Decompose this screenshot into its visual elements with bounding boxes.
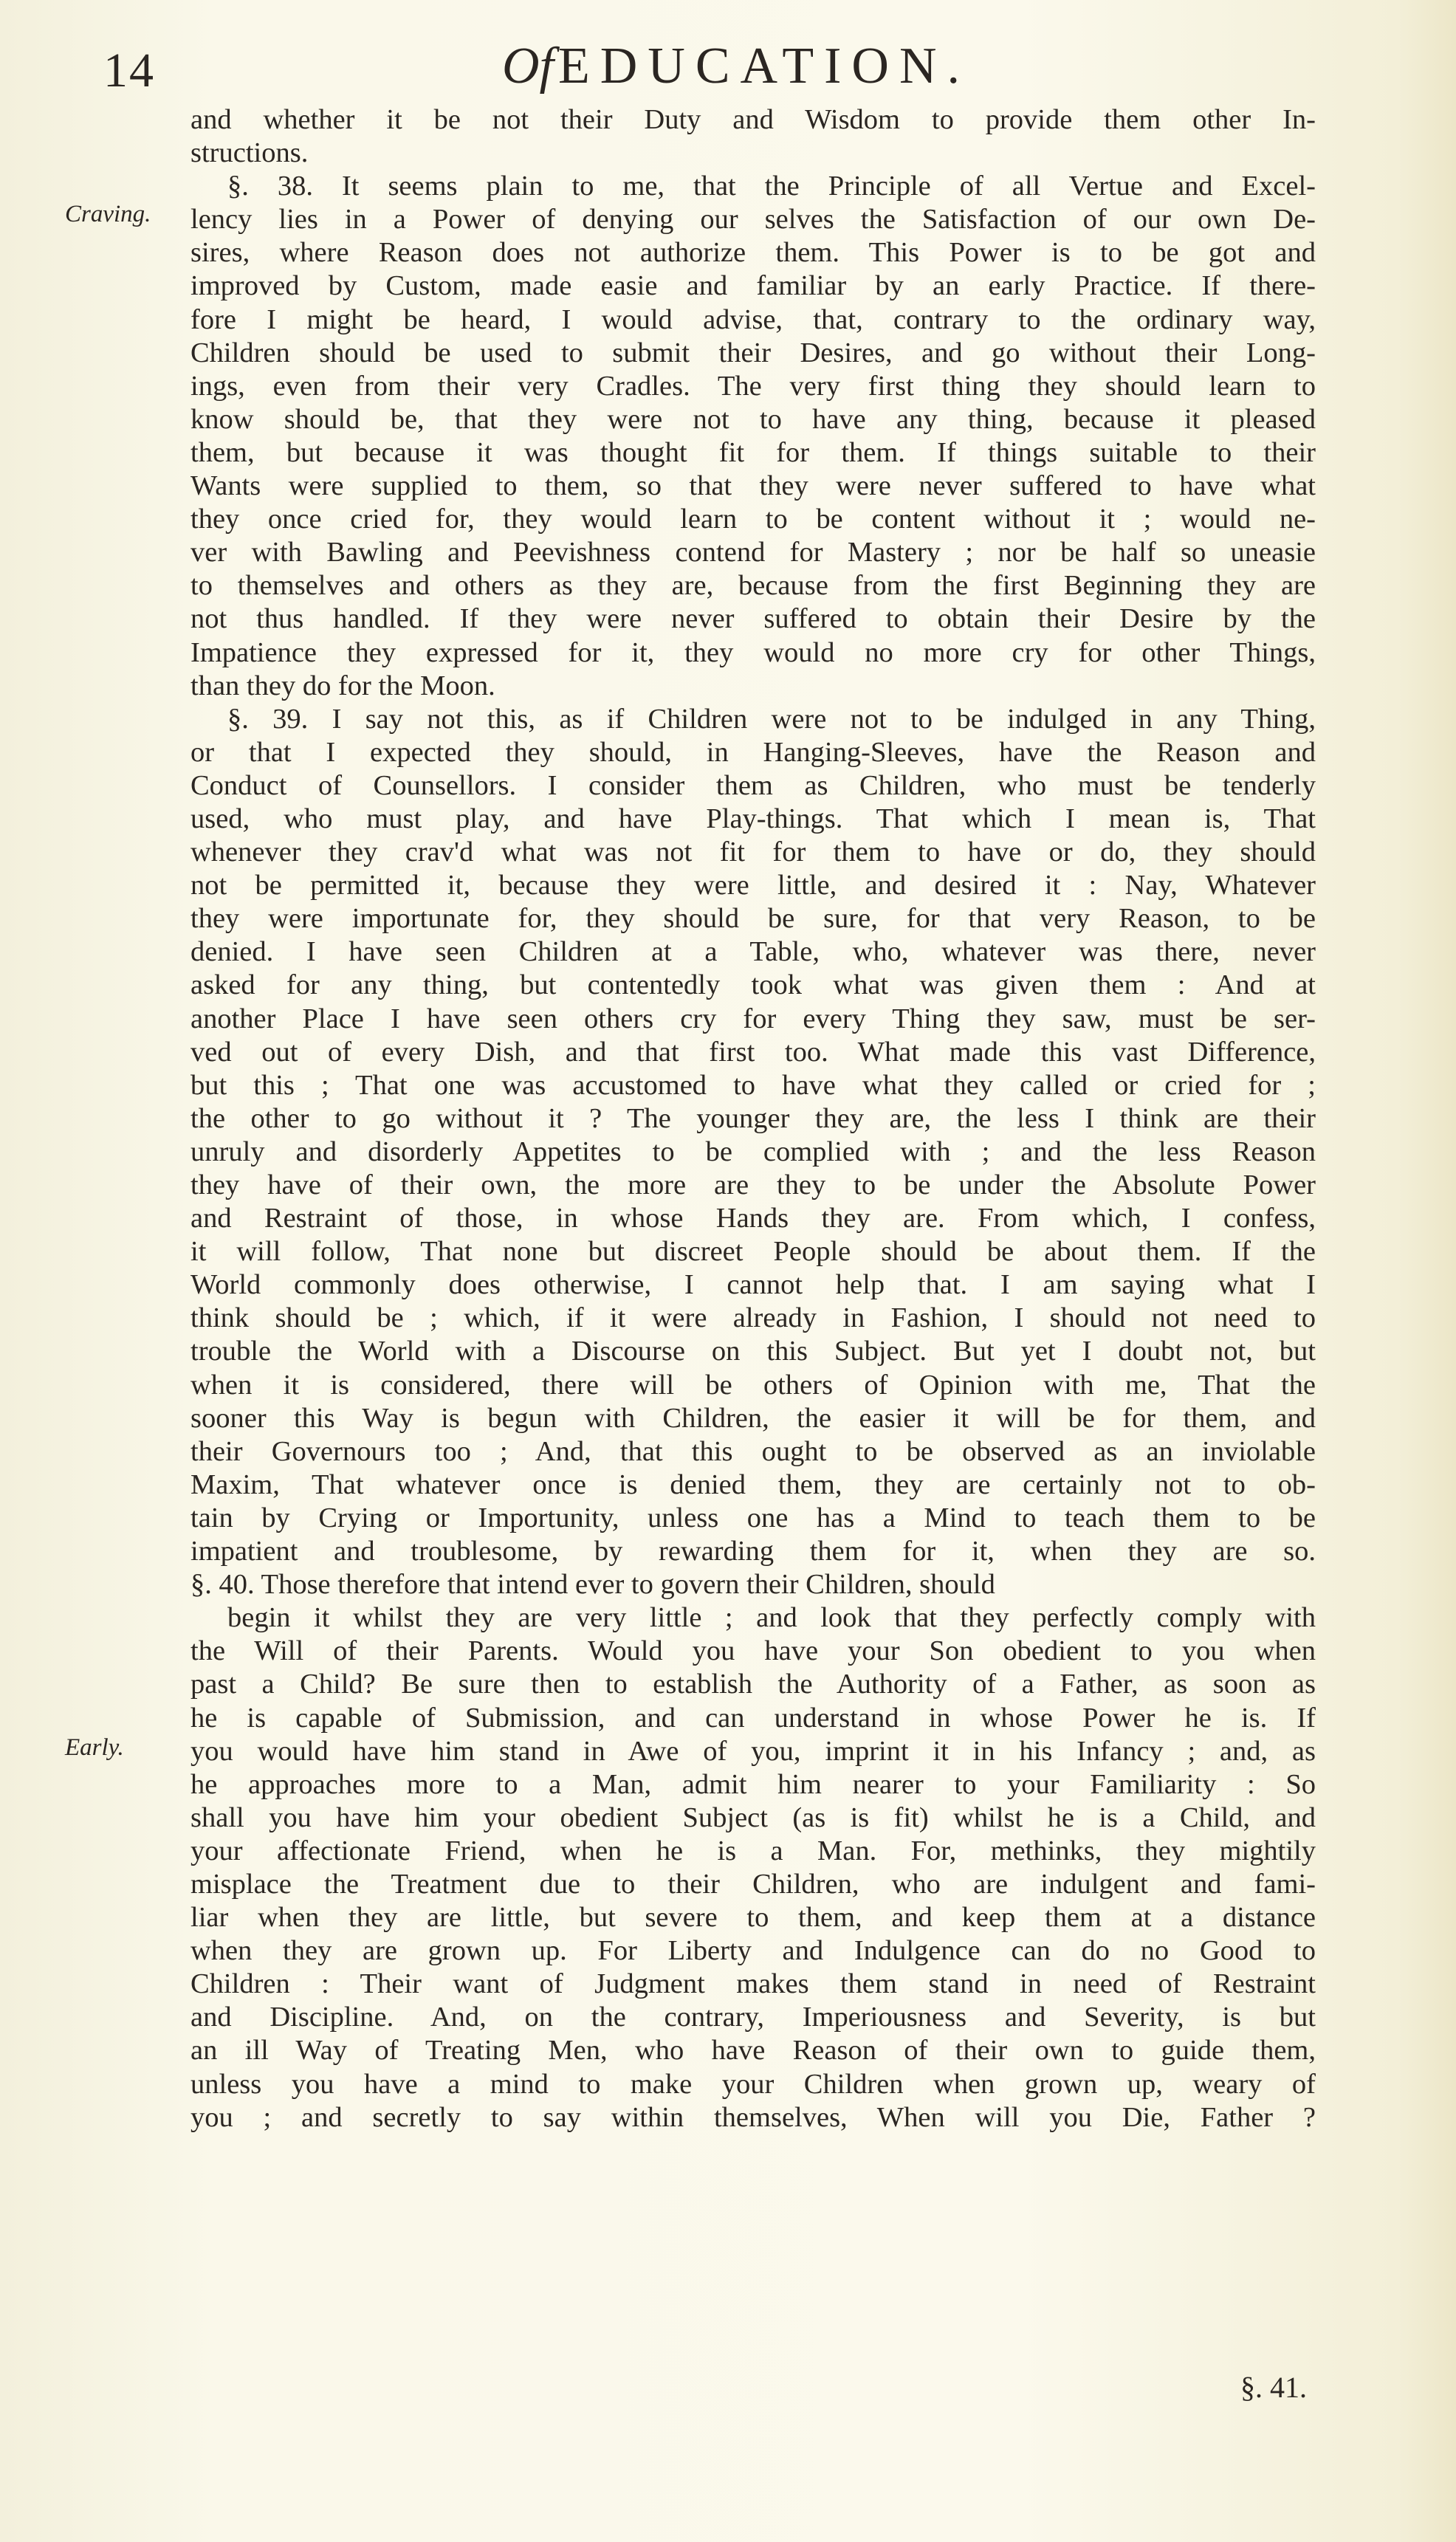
text-line: he approaches more to a Man, admit him n… [190,1768,1316,1801]
text-line: fore I might be heard, I would advise, t… [190,303,1316,337]
text-line: shall you have him your obedient Subject… [190,1801,1316,1835]
text-line: lency lies in a Power of denying our sel… [190,203,1316,236]
text-line: ings, even from their very Cradles. The … [190,370,1316,403]
text-line: when it is considered, there will be oth… [190,1369,1316,1402]
text-line: or that I expected they should, in Hangi… [190,736,1316,769]
text-line: Impatience they expressed for it, they w… [190,636,1316,670]
text-line: begin it whilst they are very little ; a… [190,1601,1316,1635]
text-line: §. 38. It seems plain to me, that the Pr… [190,170,1316,203]
text-line: they have of their own, the more are the… [190,1169,1316,1202]
text-line: when they are grown up. For Liberty and … [190,1934,1316,1968]
text-line: improved by Custom, made easie and famil… [190,269,1316,303]
text-line: §. 40. Those therefore that intend ever … [190,1568,1316,1601]
text-line: impatient and troublesome, by rewarding … [190,1535,1316,1568]
text-line: an ill Way of Treating Men, who have Rea… [190,2034,1316,2067]
text-line: past a Child? Be sure then to establish … [190,1668,1316,1701]
text-line: trouble the World with a Discourse on th… [190,1335,1316,1368]
text-line: World commonly does otherwise, I cannot … [190,1268,1316,1302]
text-line: Children should be used to submit their … [190,337,1316,370]
margin-note-early: Early. [65,1734,124,1762]
running-head-of: Of [502,38,554,95]
text-line: Wants were supplied to them, so that the… [190,470,1316,503]
text-line: they once cried for, they would learn to… [190,503,1316,536]
catchword: §. 41. [1240,2370,1307,2405]
margin-note-craving: Craving. [65,201,151,228]
text-line: unruly and disorderly Appetites to be co… [190,1136,1316,1169]
text-line: sires, where Reason does not authorize t… [190,236,1316,269]
text-line: than they do for the Moon. [190,670,1316,703]
body-text: and whether it be not their Duty and Wis… [190,103,1316,2134]
page-number: 14 [103,43,155,99]
text-line: sooner this Way is begun with Children, … [190,1402,1316,1435]
text-line: Conduct of Counsellors. I consider them … [190,769,1316,803]
text-line: tain by Crying or Importunity, unless on… [190,1502,1316,1535]
text-line: the Will of their Parents. Would you hav… [190,1635,1316,1668]
text-line: used, who must play, and have Play-thing… [190,803,1316,836]
text-line: unless you have a mind to make your Chil… [190,2068,1316,2101]
text-line: think should be ; which, if it were alre… [190,1302,1316,1335]
text-line: you ; and secretly to say within themsel… [190,2101,1316,2134]
text-line: not be permitted it, because they were l… [190,869,1316,902]
text-line: their Governours too ; And, that this ou… [190,1435,1316,1468]
text-line: Children : Their want of Judgment makes … [190,1968,1316,2001]
text-line: they were importunate for, they should b… [190,902,1316,935]
text-line: not thus handled. If they were never suf… [190,602,1316,636]
text-line: the other to go without it ? The younger… [190,1102,1316,1136]
text-line: it will follow, That none but discreet P… [190,1235,1316,1268]
book-page: 14 OfEDUCATION. Craving. Early. and whet… [0,0,1456,2542]
text-line: liar when they are little, but severe to… [190,1901,1316,1934]
text-line: he is capable of Submission, and can und… [190,1702,1316,1735]
running-head: OfEDUCATION. [502,37,970,96]
text-line: ved out of every Dish, and that first to… [190,1036,1316,1069]
text-line: misplace the Treatment due to their Chil… [190,1868,1316,1901]
text-line: you would have him stand in Awe of you, … [190,1735,1316,1768]
running-head-title: EDUCATION. [558,38,970,95]
text-line: your affectionate Friend, when he is a M… [190,1835,1316,1868]
text-line: another Place I have seen others cry for… [190,1003,1316,1036]
text-line: but this ; That one was accustomed to ha… [190,1069,1316,1102]
text-line: whenever they crav'd what was not fit fo… [190,836,1316,869]
text-line: and Discipline. And, on the contrary, Im… [190,2001,1316,2034]
text-line: §. 39. I say not this, as if Children we… [190,703,1316,736]
text-line: know should be, that they were not to ha… [190,403,1316,436]
text-line: ver with Bawling and Peevishness contend… [190,536,1316,569]
text-line: them, but because it was thought fit for… [190,436,1316,470]
text-line: to themselves and others as they are, be… [190,569,1316,602]
text-line: denied. I have seen Children at a Table,… [190,935,1316,969]
text-line: structions. [190,137,1316,170]
page-header: 14 OfEDUCATION. [0,37,1456,96]
text-line: and Restraint of those, in whose Hands t… [190,1202,1316,1235]
text-line: Maxim, That whatever once is denied them… [190,1468,1316,1502]
text-line: asked for any thing, but contentedly too… [190,969,1316,1002]
text-line: and whether it be not their Duty and Wis… [190,103,1316,137]
